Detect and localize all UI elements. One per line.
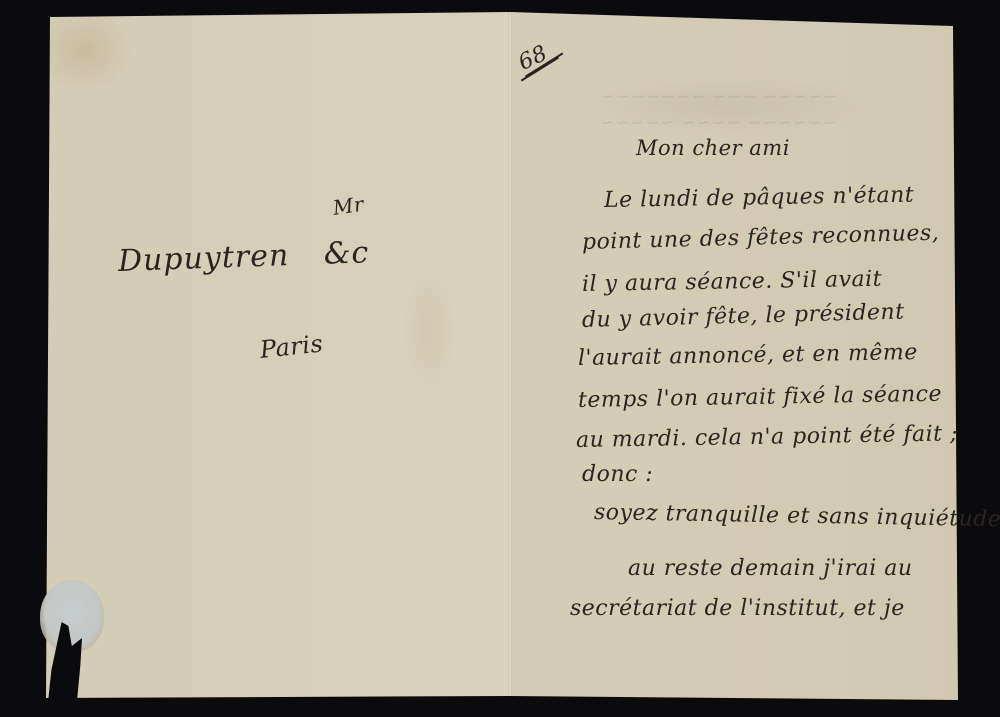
- bleed-through-text: ~~~~~ ~~~ ~~~~~~~: [600, 86, 838, 107]
- salutation: Mon cher ami: [636, 136, 790, 160]
- letter-line-3: il y aura séance. S'il avait: [582, 267, 882, 297]
- address-name-text: Dupuytren: [117, 238, 289, 279]
- center-fold: [508, 12, 512, 696]
- letter-sheet: ~~~~~ ~~~ ~~~~~~~ ~~~~~~ ~~~~ ~~~~~ Mr D…: [0, 0, 1000, 717]
- address-name-suffix: &c: [323, 235, 370, 272]
- bleed-through-text: ~~~~~~ ~~~~ ~~~~~: [600, 112, 838, 133]
- letter-line-11: secrétariat de l'institut, et je: [570, 596, 905, 621]
- letter-line-10: au reste demain j'irai au: [628, 556, 913, 581]
- water-stain: [40, 580, 104, 652]
- address-title: Mr: [331, 192, 365, 220]
- letter-line-8: donc :: [582, 462, 653, 487]
- document-photo: ~~~~~ ~~~ ~~~~~~~ ~~~~~~ ~~~~ ~~~~~ Mr D…: [0, 0, 1000, 717]
